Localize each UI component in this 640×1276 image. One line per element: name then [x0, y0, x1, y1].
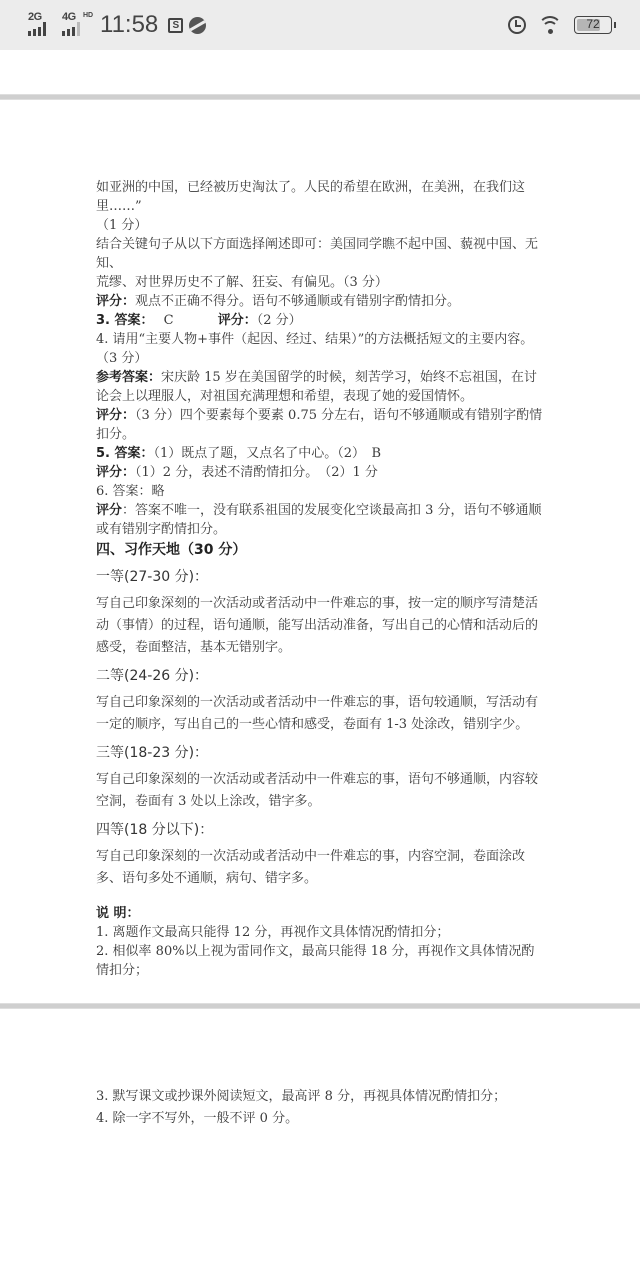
q6-score-text: ：答案不唯一，没有联系祖国的发展变化空谈最高扣 3 分，语句不够通顺或有错别字酌… — [96, 503, 542, 537]
q4-question: 4. 请用“主要人物+事件（起因、经过、结果）”的方法概括短文的主要内容。（3 … — [96, 330, 546, 368]
score-line: 评分：观点不正确不得分。语句不够通顺或有错别字酌情扣分。 — [96, 292, 546, 311]
status-right: 72 — [508, 10, 612, 40]
note-4: 4. 除一字不写外，一般不评 0 分。 — [96, 1109, 546, 1128]
q5-line: 5. 答案：（1）既点了题，又点名了中心。（2） B — [96, 444, 546, 463]
network-hd-badge: HD — [83, 12, 93, 20]
signal-bars-2 — [62, 22, 82, 36]
section-4-title: 四、习作天地（30 分） — [96, 541, 546, 560]
status-bar: 2G 4G HD 11:58 S 72 — [0, 0, 640, 50]
score-text: 观点不正确不得分。语句不够通顺或有错别字酌情扣分。 — [135, 294, 460, 309]
battery-icon: 72 — [574, 16, 612, 34]
q3-score: （2 分） — [257, 313, 302, 328]
notes-title: 说 明： — [96, 904, 546, 923]
signal-2g-icon: 2G — [28, 12, 50, 38]
q5-score-text: （1）2 分，表述不清酌情扣分。 （2）1 分 — [135, 465, 378, 480]
text-line: （1 分） — [96, 216, 546, 235]
q5-score: 评分：（1）2 分，表述不清酌情扣分。 （2）1 分 — [96, 463, 546, 482]
q4-score-label: 评分： — [96, 408, 135, 423]
text-line: 如亚洲的中国，已经被历史淘汰了。人民的希望在欧洲，在美洲，在我们这里……” — [96, 178, 546, 216]
note-2: 2. 相似率 80%以上视为雷同作文，最高只能得 18 分，再视作文具体情况酌情… — [96, 942, 546, 980]
q6-answer: 6. 答案：略 — [96, 482, 546, 501]
q4-score: 评分：（3 分）四个要素每个要素 0.75 分左右，语句不够通顺或有错别字酌情扣… — [96, 406, 546, 444]
battery-level: 72 — [575, 17, 611, 33]
grade-1-title: 一等(27-30 分)： — [96, 568, 546, 587]
document-page-1: 如亚洲的中国，已经被历史淘汰了。人民的希望在欧洲，在美洲，在我们这里……” （1… — [96, 178, 546, 980]
clock: 11:58 — [100, 10, 158, 40]
q5-score-label: 评分： — [96, 465, 135, 480]
note-1: 1. 离题作文最高只能得 12 分，再视作文具体情况酌情扣分； — [96, 923, 546, 942]
score-label: 评分： — [96, 294, 135, 309]
q3-label: 3. 答案： — [96, 313, 154, 328]
q5-answer: （1）既点了题，又点名了中心。（2） B — [154, 446, 382, 461]
page-separator-top — [0, 94, 640, 100]
q4-reference: 参考答案：宋庆龄 15 岁在美国留学的时候，刻苦学习，始终不忘祖国，在讨论会上以… — [96, 368, 546, 406]
alarm-icon — [508, 16, 526, 34]
q3-answer: C — [164, 313, 174, 328]
q4-ref-text: 宋庆龄 15 岁在美国留学的时候，刻苦学习，始终不忘祖国，在讨论会上以理服人，对… — [96, 370, 537, 404]
signal-bars — [28, 22, 48, 36]
status-left: 2G 4G HD 11:58 S — [28, 10, 206, 40]
text-line: 荒缪、对世界历史不了解、狂妄、有偏见。（3 分） — [96, 273, 546, 292]
q6-score: 评分：答案不唯一，没有联系祖国的发展变化空谈最高扣 3 分，语句不够通顺或有错别… — [96, 501, 546, 539]
q3-score-label: 评分： — [218, 313, 257, 328]
grade-2-title: 二等(24-26 分)： — [96, 667, 546, 686]
grade-3-body: 写自己印象深刻的一次活动或者活动中一件难忘的事，语句不够通顺，内容较空洞，卷面有… — [96, 769, 546, 813]
globe-app-icon — [189, 17, 206, 34]
q3-line: 3. 答案： C 评分：（2 分） — [96, 311, 546, 330]
text-line: 结合关键句子从以下方面选择阐述即可：美国同学瞧不起中国、藐视中国、无知、 — [96, 235, 546, 273]
grade-4-body: 写自己印象深刻的一次活动或者活动中一件难忘的事，内容空洞，卷面涂改多、语句多处不… — [96, 846, 546, 890]
wifi-icon — [538, 16, 562, 34]
page-separator-middle — [0, 1003, 640, 1009]
document-page-2: 3. 默写课文或抄课外阅读短文，最高评 8 分，再视具体情况酌情扣分； 4. 除… — [96, 1087, 546, 1128]
screenshot-s-icon: S — [168, 18, 183, 33]
grade-1-body: 写自己印象深刻的一次活动或者活动中一件难忘的事，按一定的顺序写清楚活动（事情）的… — [96, 593, 546, 659]
grade-2-body: 写自己印象深刻的一次活动或者活动中一件难忘的事，语句较通顺，写活动有一定的顺序，… — [96, 692, 546, 736]
grade-4-title: 四等(18 分以下)： — [96, 821, 546, 840]
grade-3-title: 三等(18-23 分)： — [96, 744, 546, 763]
q4-ref-label: 参考答案： — [96, 370, 161, 385]
note-3: 3. 默写课文或抄课外阅读短文，最高评 8 分，再视具体情况酌情扣分； — [96, 1087, 546, 1106]
q6-score-label: 评分 — [96, 503, 122, 518]
signal-4g-icon: 4G HD — [62, 12, 84, 38]
q4-score-text: （3 分）四个要素每个要素 0.75 分左右，语句不够通顺或有错别字酌情扣分。 — [96, 408, 542, 442]
q5-label: 5. 答案： — [96, 446, 154, 461]
